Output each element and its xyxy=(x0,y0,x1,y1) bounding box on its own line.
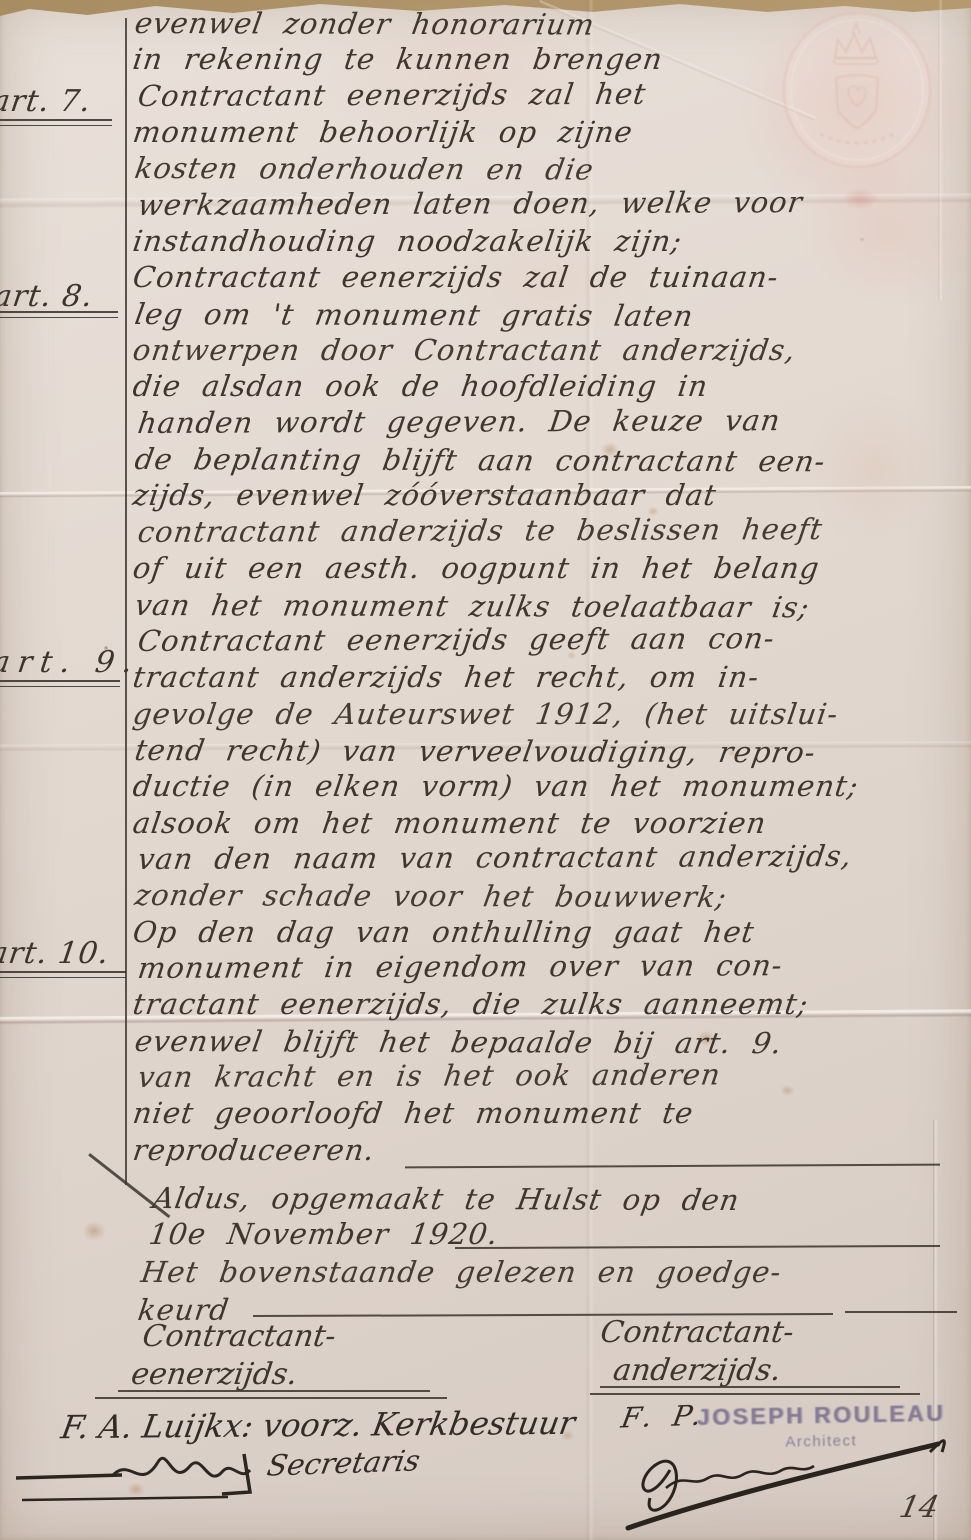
manuscript-line: ductie (in elken vorm) van het monument; xyxy=(130,769,965,805)
party-left-line2: eenerzijds. xyxy=(129,1356,333,1394)
manuscript-line: monument in eigendom over van con- xyxy=(136,947,966,987)
manuscript-line: monument behoorlijk op zijne xyxy=(130,115,965,151)
manuscript-line: van kracht en is het ook anderen xyxy=(136,1056,966,1096)
article-underline xyxy=(0,971,126,978)
ink-fill-rule xyxy=(845,1311,957,1313)
manuscript-line: zijds, evenwel zóóverstaanbaar dat xyxy=(130,478,965,514)
manuscript-line: Op den dag van onthulling gaat het xyxy=(130,915,965,951)
article-underline xyxy=(0,119,112,126)
manuscript-line: tractant eenerzijds, die zulks aanneemt; xyxy=(130,987,965,1023)
article-label-8: art. 8. xyxy=(0,279,95,314)
party-label-right: Contractant- anderzijds. xyxy=(593,1314,797,1390)
manuscript-line: tractant anderzijds het recht, om in- xyxy=(130,660,965,696)
manuscript-line: de beplanting blijft aan contractant een… xyxy=(132,442,965,481)
article-label-10: art. 10. xyxy=(0,936,112,971)
manuscript-line: Contractant eenerzijds zal het xyxy=(136,75,966,115)
manuscript-line: Aldus, opgemaakt te Hulst op den xyxy=(150,1181,965,1220)
manuscript-line: van den naam van contractant anderzijds, xyxy=(136,838,966,878)
signature-underline-left xyxy=(95,1397,447,1399)
party-right-line2: anderzijds. xyxy=(611,1352,791,1390)
manuscript-line: of uit een aesth. oogpunt in het belang xyxy=(130,551,965,587)
manuscript-line: in rekening te kunnen brengen xyxy=(130,42,965,78)
page-number: 14 xyxy=(896,1490,942,1525)
manuscript-line: die alsdan ook de hoofdleiding in xyxy=(130,369,965,405)
manuscript-line: tend recht) van verveelvoudiging, repro- xyxy=(132,733,965,772)
margin-rule-vertical xyxy=(125,18,127,1185)
manuscript-line: niet geoorloofd het monument te xyxy=(130,1096,965,1132)
manuscript-line: zonder schade voor het bouwwerk; xyxy=(132,878,965,917)
signature-underline-right xyxy=(590,1393,920,1395)
party-right-line1: Contractant- xyxy=(598,1314,796,1352)
manuscript-line: ontwerpen door Contractant anderzijds, xyxy=(130,333,965,369)
signature-secretary-scrawl xyxy=(12,1448,270,1506)
manuscript-line: leg om 't monument gratis laten xyxy=(132,297,965,336)
signature-luijkx: F. A. Luijkx: voorz. Kerkbestuur xyxy=(58,1404,578,1446)
manuscript-line: Contractant eenerzijds geeft aan con- xyxy=(136,620,966,660)
manuscript-line: handen wordt gegeven. De keuze van xyxy=(136,402,966,442)
manuscript-line: Contractant eenerzijds zal de tuinaan- xyxy=(130,260,965,296)
manuscript-line: alsook om het monument te voorzien xyxy=(130,806,965,842)
manuscript-line: contractant anderzijds te beslissen heef… xyxy=(136,511,966,551)
article-label-9: art. 9. xyxy=(0,645,142,680)
secretary-label: Secretaris xyxy=(264,1443,422,1482)
article-underline xyxy=(0,311,118,318)
party-label-left: Contractant- eenerzijds. xyxy=(135,1318,339,1394)
article-label-7: art. 7. xyxy=(0,84,93,119)
manuscript-line: Het bovenstaande gelezen en goedge- xyxy=(138,1255,965,1293)
article-underline xyxy=(0,680,120,687)
manuscript-line: gevolge de Auteurswet 1912, (het uitslui… xyxy=(130,697,965,733)
manuscript-line: evenwel zonder honorarium xyxy=(132,6,965,45)
manuscript-line: instandhouding noodzakelijk zijn; xyxy=(130,224,965,260)
manuscript-line: 10e November 1920. xyxy=(146,1217,965,1255)
party-left-line1: Contractant- xyxy=(140,1318,338,1356)
manuscript-line: werkzaamheden laten doen, welke voor xyxy=(136,184,966,224)
manuscript-body: evenwel zonder honorarium in rekening te… xyxy=(133,6,963,1331)
